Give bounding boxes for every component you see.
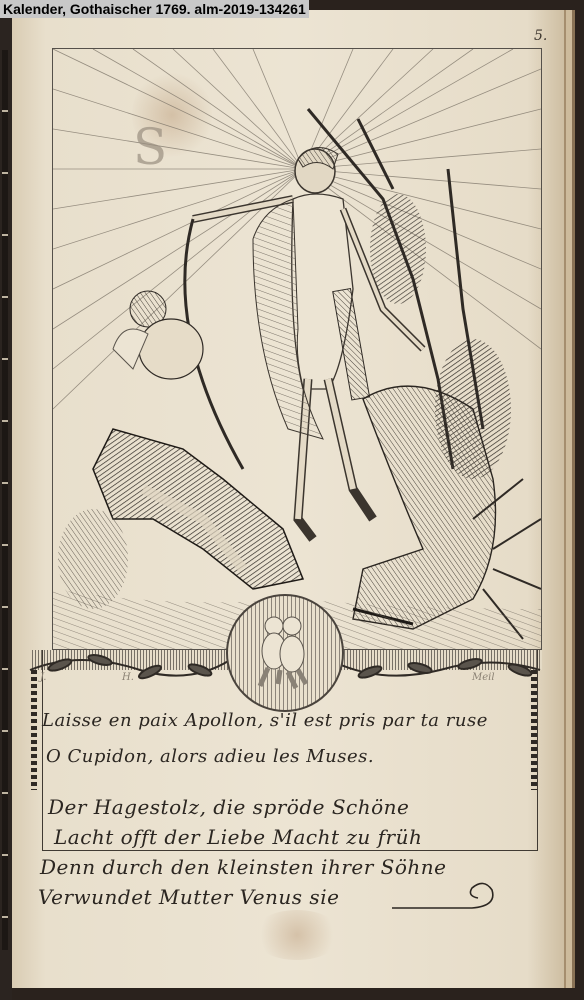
apollo-engraving: S xyxy=(53,49,541,649)
french-verse-line-1: Laisse en paix Apollon, s'il est pris pa… xyxy=(42,710,488,731)
image-title-label: Kalender, Gothaischer 1769. alm-2019-134… xyxy=(0,0,309,18)
engraving-plate: S xyxy=(52,48,542,650)
cover-binding-stripe xyxy=(2,50,8,950)
book-cover-edge xyxy=(0,0,12,1000)
putti-medallion xyxy=(226,594,344,712)
french-verse-line-2: O Cupidon, alors adieu les Muses. xyxy=(46,746,374,767)
flourish-swash xyxy=(392,878,502,928)
page-number: 5. xyxy=(534,28,547,44)
putti-figures xyxy=(228,596,338,706)
german-verse-line-1: Der Hagestolz, die spröde Schöne xyxy=(48,795,409,819)
artist-signature-center: H. xyxy=(122,672,134,683)
german-verse-line-4: Verwundet Mutter Venus sie xyxy=(38,885,339,909)
artist-signature-right: Meil xyxy=(472,672,495,683)
watermark-s: S xyxy=(133,118,167,176)
german-verse-line-3: Denn durch den kleinsten ihrer Söhne xyxy=(40,855,447,879)
book-page: 5. xyxy=(12,10,575,988)
german-verse-line-2: Lacht offt der Liebe Macht zu früh xyxy=(54,825,422,849)
foxing-stain xyxy=(252,910,342,960)
artist-signature-left: J. xyxy=(40,672,46,683)
